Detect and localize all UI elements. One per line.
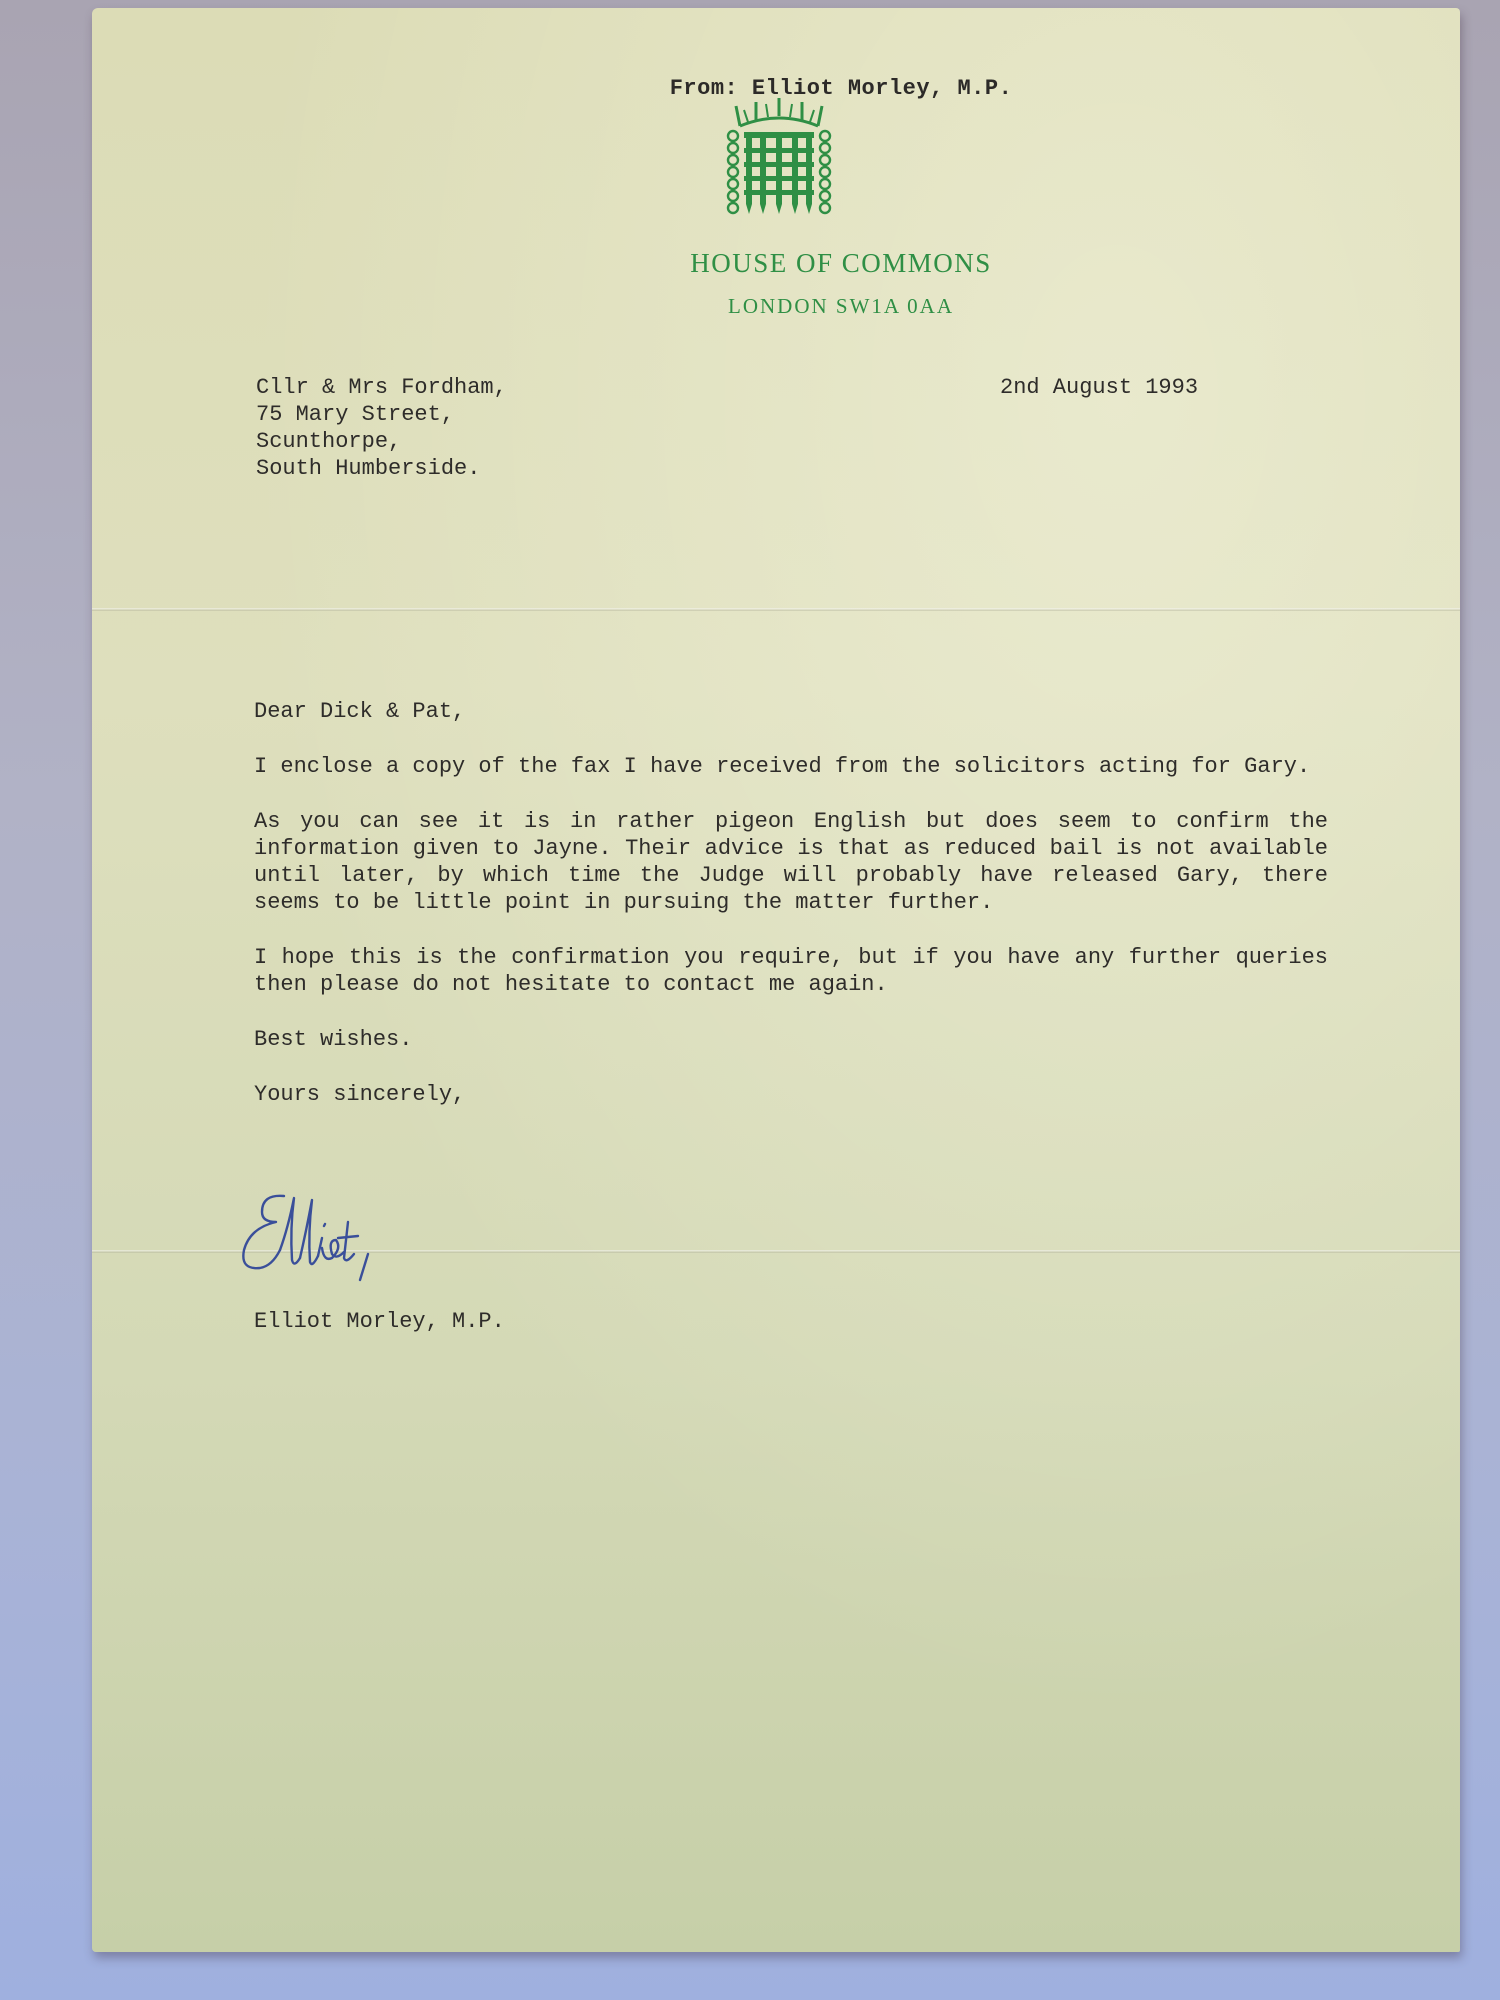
paragraph: I hope this is the confirmation you requ… — [254, 944, 1328, 998]
recipient-line: South Humberside. — [256, 455, 507, 482]
recipient-line: Scunthorpe, — [256, 428, 507, 455]
recipient-address: Cllr & Mrs Fordham, 75 Mary Street, Scun… — [256, 374, 507, 482]
fold-crease — [92, 608, 1460, 611]
letter-date: 2nd August 1993 — [1000, 374, 1198, 401]
letter-paper: From: Elliot Morley, M.P. — [92, 8, 1460, 1952]
paragraph: I enclose a copy of the fax I have recei… — [254, 753, 1328, 780]
paragraph: As you can see it is in rather pigeon En… — [254, 808, 1328, 916]
recipient-line: 75 Mary Street, — [256, 401, 507, 428]
recipient-line: Cllr & Mrs Fordham, — [256, 374, 507, 401]
sign-off: Best wishes. — [254, 1026, 1328, 1053]
letter-body: Dear Dick & Pat, I enclose a copy of the… — [254, 698, 1328, 1136]
closing: Yours sincerely, — [254, 1081, 1328, 1108]
portcullis-crest-icon — [726, 98, 832, 222]
greeting: Dear Dick & Pat, — [254, 698, 1328, 725]
handwritten-signature — [232, 1188, 422, 1288]
institution-name: HOUSE OF COMMONS — [92, 248, 1460, 279]
institution-address: LONDON SW1A 0AA — [92, 294, 1460, 319]
typed-signatory: Elliot Morley, M.P. — [254, 1308, 505, 1335]
